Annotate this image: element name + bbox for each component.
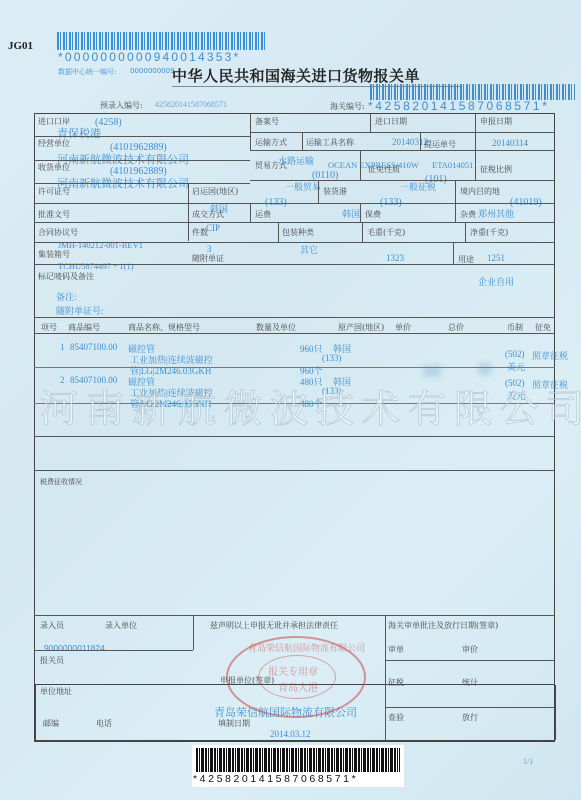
misc-fee-label: 杂费: [460, 209, 476, 220]
operating-unit-value: 河南新航微波技术有限公司: [57, 151, 189, 167]
attached-docs-label: 随附单证: [192, 253, 224, 264]
declare-date-label: 申报日期: [480, 116, 512, 127]
goods-header-currency: 币制: [507, 322, 523, 333]
row-1-qty: 960只: [300, 342, 323, 355]
freight-label: 运费: [255, 209, 271, 220]
destination-value: 郑州其他: [478, 207, 514, 220]
data-center-barcode-text: *0000000000940014353*: [58, 50, 240, 64]
data-center-label: 数据中心统一编号:: [58, 67, 116, 77]
goods-header-item-no: 项号: [41, 322, 57, 333]
remark-label: 备注:: [56, 290, 77, 303]
row-1-no: 1: [60, 342, 65, 352]
customs-no-barcode-text: *425820141587068571*: [368, 99, 549, 113]
net-weight-label: 净重(千克): [470, 227, 508, 238]
tax-nature-label: 征免性质: [368, 164, 400, 175]
destination-label: 境内目的地: [460, 186, 500, 197]
statistics-label: 统计: [462, 677, 478, 688]
usage-value: 企业自用: [478, 275, 514, 288]
operating-unit-label: 经营单位: [38, 138, 70, 149]
entry-unit-label: 录入单位: [105, 620, 137, 631]
loading-port-value: 韩国: [342, 207, 360, 220]
row-1-currency-code: (502): [505, 349, 525, 359]
declaration-text: 兹声明以上申报无讹并承担法律责任: [210, 620, 338, 631]
postcode-label: 邮编: [43, 718, 59, 729]
form-code: JG01: [8, 40, 33, 52]
record-no-label: 备案号: [255, 116, 279, 127]
seal-outer-text: 青岛荣信航国际物流有限公司: [248, 641, 365, 654]
consignee-unit-label: 收货单位: [38, 162, 70, 173]
data-center-barcode: [57, 32, 267, 50]
goods-header-origin: 原产国(地区): [338, 322, 384, 333]
bill-no-label: 提运单号: [424, 139, 456, 150]
contract-no-label: 合同协议号: [38, 227, 78, 238]
bill-no-value: ETA014051: [432, 160, 473, 170]
bottom-barcode: [196, 748, 400, 772]
transport-mode-label: 运输方式: [255, 137, 287, 148]
seal-bottom-text: 青岛大港: [278, 679, 318, 694]
goods-header-total-price: 总价: [448, 322, 464, 333]
gross-weight-value: 1323: [386, 253, 404, 263]
import-date-label: 进口日期: [375, 116, 407, 127]
deal-mode-label: 成交方式: [192, 209, 224, 220]
bottom-barcode-text: *425820141587068571*: [193, 773, 358, 785]
import-date-value: 20140312: [392, 137, 428, 147]
license-no-label: 许可证号: [38, 186, 70, 197]
phone-label: 电话: [96, 718, 112, 729]
pre-entry-value: 425820141587068571: [155, 100, 227, 109]
deal-mode-value: CIP: [206, 223, 220, 233]
tax-nature-value: 一般征税: [400, 180, 436, 193]
marks-label: 标记唛码及备注: [38, 271, 94, 282]
transport-mode-value: 水路运输: [278, 154, 314, 167]
tax-collect-label: 征税: [385, 677, 404, 688]
container-no-label: 集装箱号: [38, 249, 70, 260]
transport-name-label: 运输工具名称: [306, 137, 354, 148]
remark-value: 随附单证号:: [56, 304, 104, 317]
price-review-label: 审价: [462, 644, 478, 655]
goods-header-qty: 数量及单位: [256, 322, 296, 333]
entry-clerk-label: 录入员: [40, 620, 64, 631]
packages-label: 件数: [192, 227, 208, 238]
insurance-label: 保费: [365, 209, 381, 220]
row-1-hs-code: 85407100.00: [70, 342, 117, 352]
row-1-origin-code: (133): [322, 353, 342, 363]
customs-no-barcode: [370, 84, 575, 100]
gross-weight-label: 毛重(千克): [367, 227, 405, 238]
review-label: 审单: [385, 644, 404, 655]
redacted-price-2: [478, 363, 492, 375]
customs-approval-label: 海关审单批注及放行日期(签章): [385, 620, 498, 631]
goods-header-name: 商品名称、规格型号: [128, 322, 200, 333]
release-label: 放行: [462, 712, 478, 723]
container-no-value: TCHU5874497 * 1(1): [58, 261, 134, 271]
goods-header-unit-price: 单价: [395, 322, 411, 333]
declarant-label: 报关员: [40, 655, 64, 666]
tax-ratio-label: 征税比例: [480, 164, 512, 175]
entry-code-value: 9000000011824: [44, 643, 105, 653]
package-type-value: 其它: [300, 243, 318, 256]
declare-date-value: 20140314: [492, 138, 528, 148]
pre-entry-label: 预录入编号:: [100, 100, 143, 111]
origin-country-label: 启运国(地区): [192, 186, 238, 197]
fill-date-value: 2014.03.12: [270, 729, 311, 739]
goods-header-tax: 征免: [535, 322, 551, 333]
customs-no-label: 海关编号:: [330, 101, 365, 112]
loading-port-label: 装货港: [323, 186, 347, 197]
seal-middle-text: 报关专用章: [268, 663, 318, 678]
page-title: 中华人民共和国海关进口货物报关单: [172, 65, 420, 86]
page-number: 1/1: [523, 757, 533, 766]
data-center-value: 0000000009: [130, 67, 175, 75]
row-1-tax: 照章征税: [532, 349, 568, 362]
company-watermark: 河南新航微波技术有限公司: [40, 378, 581, 433]
unit-address-label: 单位地址: [40, 686, 72, 697]
approval-no-label: 批准文号: [38, 209, 70, 220]
trade-mode-value: 一般贸易: [285, 180, 321, 193]
goods-header-hs-code: 商品编号: [68, 322, 100, 333]
tax-section-label: 税费征收情况: [40, 477, 82, 487]
inspection-label: 查验: [385, 712, 404, 723]
net-weight-value: 1251: [487, 253, 505, 263]
package-type-label: 包装种类: [282, 227, 314, 238]
